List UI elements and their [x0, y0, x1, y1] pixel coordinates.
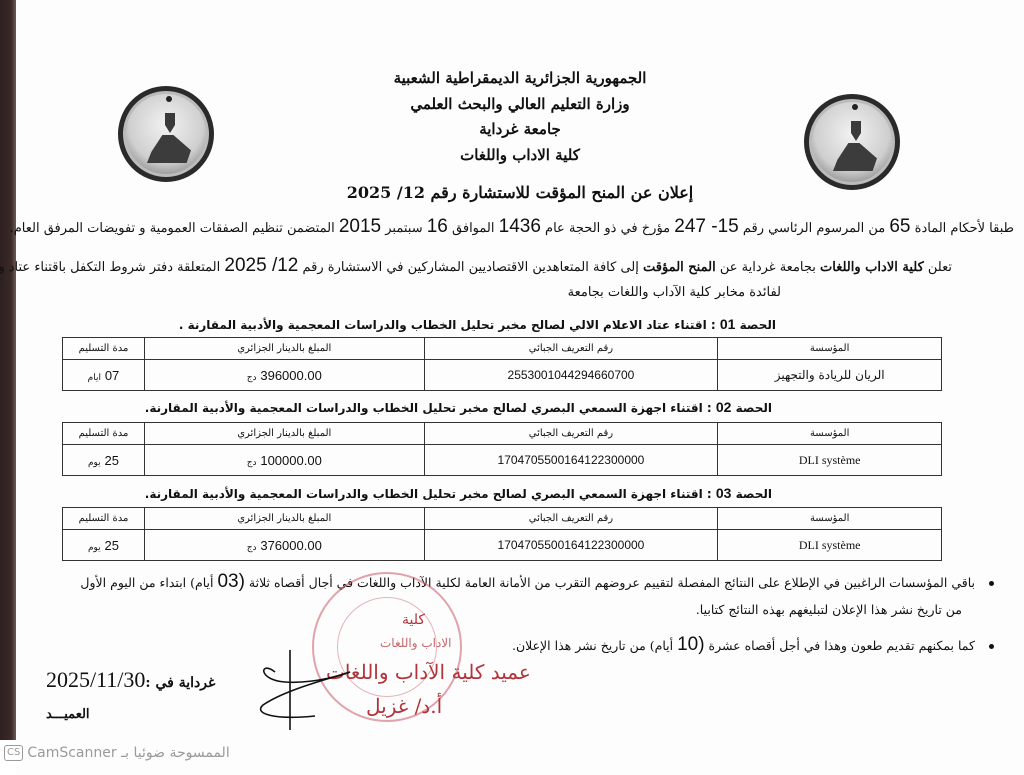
cell-delivery: 07 ايام [63, 360, 145, 391]
intro-paragraph-announcement: تعلن كلية الاداب واللغات بجامعة غرداية ع… [0, 255, 952, 277]
bullet-results-consultation: باقي المؤسسات الراغبين في الإطلاع على ال… [80, 571, 994, 593]
letterhead-republic: الجمهورية الجزائرية الديمقراطية الشعبية [300, 66, 740, 92]
lot-1-table: المؤسسة رقم التعريف الجبائي المبلغ بالدي… [62, 337, 942, 391]
lot-1-title: الحصة 01 : اقتناء عتاد الاعلام الالي لصا… [179, 316, 776, 332]
signoff-place-label: غرداية في : [145, 675, 215, 691]
signoff-date: غرداية في :2025/11/30 [46, 667, 215, 693]
header-amount: المبلغ بالدينار الجزائري [144, 338, 424, 360]
cell-tax-id: 1704705500164122300000 [424, 445, 718, 476]
table-row: DLI système 1704705500164122300000 10000… [63, 445, 942, 476]
letterhead-university: جامعة غرداية [300, 117, 740, 143]
letterhead: الجمهورية الجزائرية الديمقراطية الشعبية … [300, 66, 740, 168]
header-amount: المبلغ بالدينار الجزائري [144, 423, 424, 445]
bullet-dot-icon [989, 581, 994, 586]
table-row: DLI système 1704705500164122300000 37600… [63, 530, 942, 561]
bullet-appeal-deadline: كما بمكنهم تقديم طعون وهذا في أجل أقصاه … [512, 634, 994, 656]
signoff-date-value: 2025/11/30 [46, 667, 145, 692]
university-emblem-right-icon [804, 94, 900, 190]
cell-tax-id: 1704705500164122300000 [424, 530, 718, 561]
cell-delivery: 25 يوم [63, 445, 145, 476]
camscanner-watermark: CS CamScanner الممسوحة ضوئيا بـ [4, 745, 230, 761]
announcement-title: إعلان عن المنح المؤقت للاستشارة رقم 12/ … [300, 183, 740, 202]
seal-text-faculty: كلية [402, 612, 425, 628]
header-institution: المؤسسة [718, 338, 942, 360]
camscanner-logo-icon: CS [4, 745, 23, 761]
scan-dark-edge [0, 0, 16, 740]
watermark-text: CamScanner الممسوحة ضوئيا بـ [27, 745, 229, 761]
lot-3-table: المؤسسة رقم التعريف الجبائي المبلغ بالدي… [62, 507, 942, 561]
bullet-dot-icon [989, 644, 994, 649]
header-tax-id: رقم التعريف الجبائي [424, 508, 718, 530]
cell-tax-id: 2553001044294660700 [424, 360, 718, 391]
cell-institution: الريان للريادة والتجهيز [718, 360, 942, 391]
cell-amount: 376000.00 دج [144, 530, 424, 561]
letterhead-ministry: وزارة التعليم العالي والبحث العلمي [300, 92, 740, 118]
header-delivery: مدة التسليم [63, 338, 145, 360]
cell-delivery: 25 يوم [63, 530, 145, 561]
signoff-role: العميـــد [46, 707, 90, 722]
bullet-results-consultation-continued: من تاريخ نشر هذا الإعلان لتبليغهم بهذه ا… [696, 602, 962, 617]
dean-name-stamp: أ.د/ غزيل [366, 694, 442, 718]
header-delivery: مدة التسليم [63, 423, 145, 445]
lot-3-title: الحصة 03 : اقتناء اجهزة السمعي البصري لص… [145, 485, 772, 501]
cell-amount: 396000.00 دج [144, 360, 424, 391]
header-tax-id: رقم التعريف الجبائي [424, 423, 718, 445]
intro-paragraph-beneficiary: لفائدة مخابر كلية الآداب واللغات بجامعة [568, 285, 781, 300]
intro-paragraph-legal-basis: طبقا لأحكام المادة 65 من المرسوم الرئاسي… [10, 216, 1014, 238]
cell-institution: DLI système [718, 445, 942, 476]
header-institution: المؤسسة [718, 423, 942, 445]
header-amount: المبلغ بالدينار الجزائري [144, 508, 424, 530]
header-tax-id: رقم التعريف الجبائي [424, 338, 718, 360]
header-delivery: مدة التسليم [63, 508, 145, 530]
cell-amount: 100000.00 دج [144, 445, 424, 476]
lot-2-table: المؤسسة رقم التعريف الجبائي المبلغ بالدي… [62, 422, 942, 476]
letterhead-faculty: كلية الاداب واللغات [300, 143, 740, 169]
handwritten-signature-icon [255, 650, 375, 730]
table-header-row: المؤسسة رقم التعريف الجبائي المبلغ بالدي… [63, 423, 942, 445]
header-institution: المؤسسة [718, 508, 942, 530]
cell-institution: DLI système [718, 530, 942, 561]
seal-text-faculty-name: الاداب واللغات [380, 636, 451, 650]
university-emblem-left-icon [118, 86, 214, 182]
table-header-row: المؤسسة رقم التعريف الجبائي المبلغ بالدي… [63, 338, 942, 360]
lot-2-title: الحصة 02 : اقتناء اجهزة السمعي البصري لص… [145, 399, 772, 415]
table-header-row: المؤسسة رقم التعريف الجبائي المبلغ بالدي… [63, 508, 942, 530]
table-row: الريان للريادة والتجهيز 2553001044294660… [63, 360, 942, 391]
